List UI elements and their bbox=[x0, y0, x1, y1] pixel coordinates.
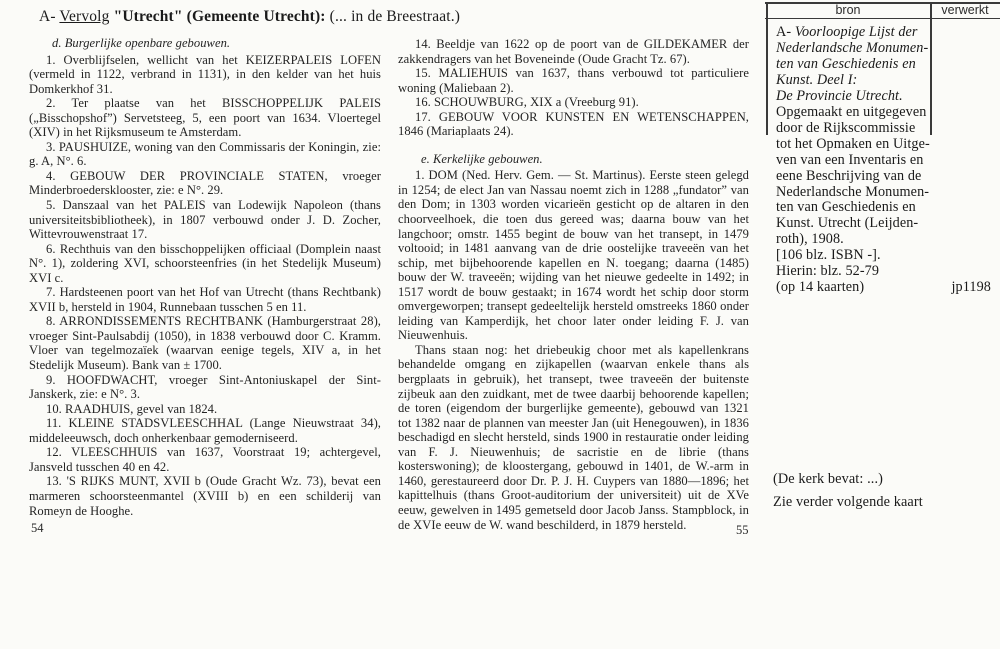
note-volgende-kaart: Zie verder volgende kaart bbox=[773, 491, 923, 514]
source-title-italic: Voorloopige Lijst der Nederlandsche Monu… bbox=[776, 24, 928, 104]
title-tail: (... in de Breestraat.) bbox=[330, 8, 460, 25]
section-heading-d: d. Burgerlijke openbare gebouwen. bbox=[29, 36, 381, 51]
monument-item-10: 10. RAADHUIS, gevel van 1824. bbox=[29, 402, 381, 417]
monument-item-3: 3. PAUSHUIZE, woning van den Commissaris… bbox=[29, 140, 381, 169]
monument-item-8: 8. ARRONDISSEMENTS RECHTBANK (Hamburgers… bbox=[29, 314, 381, 372]
title-utrecht-bold: "Utrecht" (Gemeente Utrecht): bbox=[114, 8, 326, 25]
column-header-verwerkt: verwerkt bbox=[930, 3, 1000, 17]
page-number-54: 54 bbox=[31, 521, 44, 536]
monument-item-12: 12. VLEESCHHUIS van 1637, Voorstraat 19;… bbox=[29, 445, 381, 474]
note-kerk-bevat: (De kerk bevat: ...) bbox=[773, 468, 923, 491]
monument-item-11: 11. KLEINE STADSVLEESCHHAL (Lange Nieuws… bbox=[29, 416, 381, 445]
dom-paragraph-2: Thans staan nog: het driebeukig choor me… bbox=[398, 343, 749, 532]
section-heading-e: e. Kerkelijke gebouwen. bbox=[398, 152, 749, 167]
page55-column: 14. Beeldje van 1622 op de poort van de … bbox=[398, 37, 749, 532]
title-prefix: A- bbox=[39, 8, 56, 25]
monument-item-9: 9. HOOFDWACHT, vroeger Sint-Antoniuskape… bbox=[29, 373, 381, 402]
monument-item-13: 13. 'S RIJKS MUNT, XVII b (Oude Gracht W… bbox=[29, 474, 381, 518]
monument-item-2: 2. Ter plaatse van het BISSCHOPPELIJK PA… bbox=[29, 96, 381, 140]
monument-item-14: 14. Beeldje van 1622 op de poort van de … bbox=[398, 37, 749, 66]
dom-paragraph-1: 1. DOM (Ned. Herv. Gem. — St. Martinus).… bbox=[398, 168, 749, 343]
page54-column: d. Burgerlijke openbare gebouwen. 1. Ove… bbox=[29, 36, 381, 518]
panel-header-rule bbox=[765, 18, 1000, 20]
monument-item-1: 1. Overblijfselen, wellicht van het KEIZ… bbox=[29, 53, 381, 97]
footer-notes: (De kerk bevat: ...) Zie verder volgende… bbox=[773, 468, 923, 514]
source-imprint: Opgemaakt en uitgegeven door de Rijkscom… bbox=[776, 105, 936, 280]
source-prefix: A- bbox=[776, 24, 791, 40]
verwerkt-code: jp1198 bbox=[952, 280, 991, 296]
title-vervolg: Vervolg bbox=[59, 8, 109, 25]
scanned-index-card: A- Vervolg "Utrecht" (Gemeente Utrecht):… bbox=[0, 0, 1000, 649]
monument-item-16: 16. SCHOUWBURG, XIX a (Vreeburg 91). bbox=[398, 95, 749, 110]
maps-row: (op 14 kaarten) jp1198 bbox=[776, 280, 991, 296]
source-reference: A- Voorloopige Lijst der Nederlandsche M… bbox=[776, 25, 936, 296]
monument-item-5: 5. Danszaal van het PALEIS van Lodewijk … bbox=[29, 198, 381, 242]
source-title: A- Voorloopige Lijst der Nederlandsche M… bbox=[776, 25, 936, 105]
monument-item-17: 17. GEBOUW VOOR KUNSTEN EN WETENSCHAPPEN… bbox=[398, 110, 749, 139]
page-number-55: 55 bbox=[736, 523, 749, 538]
maps-note: (op 14 kaarten) bbox=[776, 280, 864, 296]
monument-item-7: 7. Hardsteenen poort van het Hof van Utr… bbox=[29, 285, 381, 314]
monument-item-4: 4. GEBOUW DER PROVINCIALE STATEN, vroege… bbox=[29, 169, 381, 198]
monument-item-15: 15. MALIEHUIS van 1637, thans verbouwd t… bbox=[398, 66, 749, 95]
page-title: A- Vervolg "Utrecht" (Gemeente Utrecht):… bbox=[39, 8, 460, 26]
monument-item-6: 6. Rechthuis van den bisschoppelijken of… bbox=[29, 242, 381, 286]
panel-left-rule bbox=[766, 2, 768, 135]
column-header-bron: bron bbox=[766, 3, 930, 17]
